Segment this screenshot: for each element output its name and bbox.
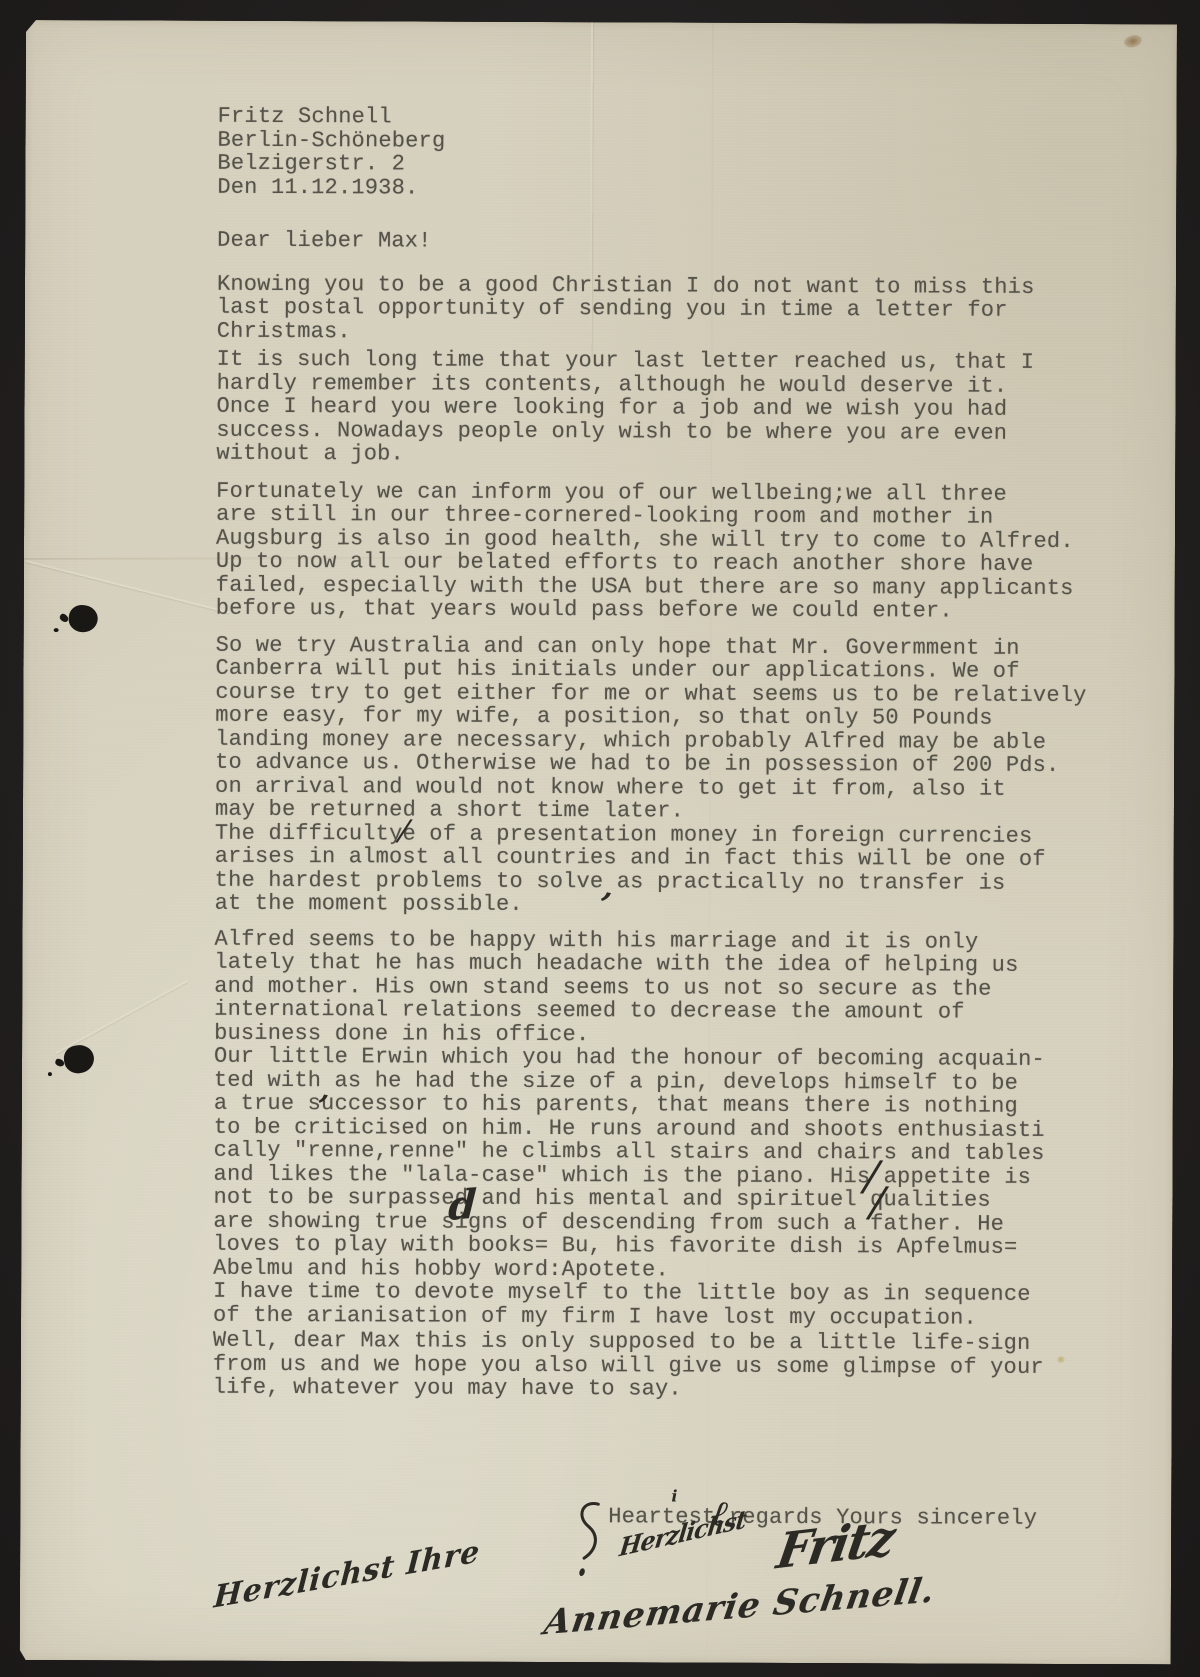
letter-body: Fritz SchnellBerlin-SchönebergBelzigerst… [212, 105, 1147, 1531]
paper-crease-diagonal-upper [26, 560, 230, 614]
paragraph-occupation: I have time to devote myself to the litt… [213, 1280, 1143, 1331]
signature-annemarie-schnell: Annemarie Schnell. [541, 1570, 938, 1643]
paragraph-currencies: The difficultye of a presentation money … [215, 821, 1145, 919]
salutation: Dear lieber Max! [217, 229, 1147, 256]
paragraph-last-letter: It is such long time that your last lett… [216, 348, 1146, 469]
typed-line: of the arianisation of my firm I have lo… [213, 1303, 1143, 1330]
paragraph-erwin: Our little Erwin which you had the honou… [213, 1045, 1144, 1284]
ink-stain-top-right [1123, 33, 1143, 49]
typed-line: life, whatever you may have to say. [213, 1376, 1143, 1403]
typed-line: before us, that years would pass before … [216, 597, 1146, 624]
paper-crease-diagonal-lower [56, 980, 188, 1054]
paragraph-alfred: Alfred seems to be happy with his marria… [214, 927, 1144, 1048]
typed-line: Christmas. [217, 319, 1147, 346]
punch-hole-bottom [63, 1044, 96, 1075]
paragraph-wellbeing: Fortunately we can inform you of our wel… [216, 479, 1147, 624]
paragraph-christmas: Knowing you to be a good Christian I do … [217, 272, 1147, 346]
paper-tear-speck [48, 1072, 52, 1076]
letter-paper: Fritz SchnellBerlin-SchönebergBelzigerst… [20, 20, 1177, 1664]
typed-line: Den 11.12.1938. [217, 175, 1147, 202]
paragraph-farewell: Well, dear Max this is only supposed to … [213, 1329, 1143, 1403]
paper-tear-speck [54, 628, 59, 632]
typed-closing: Heartest regards Yours sincerely [608, 1505, 1142, 1531]
typed-line: last postal opportunity of sending you i… [217, 296, 1147, 323]
punch-hole-top [67, 603, 100, 634]
typed-line: at the moment possible. [215, 892, 1145, 919]
paragraph-australia: So we try Australia and can only hope th… [215, 633, 1146, 825]
sender-address-block: Fritz SchnellBerlin-SchönebergBelzigerst… [217, 105, 1147, 203]
typed-line: without a job. [216, 442, 1146, 469]
handwritten-herzlichst-ihre: Herzlichst Ihre [213, 1534, 482, 1616]
